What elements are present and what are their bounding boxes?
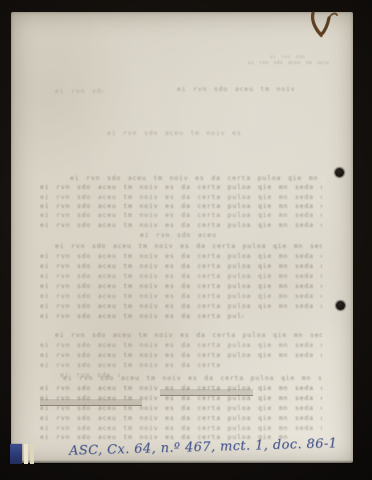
faded-typed-text-line: ei rvn sdo aceu tm noiv es da certa pulo… [40, 362, 220, 369]
hole-punch-mark [336, 301, 345, 310]
faded-typed-text-line: ei rvn sdo aceu tm noiv es da certa pulo… [40, 212, 322, 219]
faded-typed-text-line: ei rvn sdo aceu tm noiv es da certa pulo… [40, 425, 322, 432]
tab-blue-block [10, 444, 22, 464]
faded-typed-text-line: ei rvn sdo aceu tm noiv es da certa pulo… [40, 263, 322, 270]
faded-typed-text-line: ei rvn sdo aceu tm noiv es da certa pulo… [40, 203, 322, 210]
faded-typed-text-line: ei rvn sdo aceu tm noiv es da certa pulo… [40, 222, 322, 229]
faded-typed-text-line: ei rvn sdo aceu tm noiv es da certa pulo [107, 130, 245, 137]
faded-typed-text-line: ei rvn sdo aceu tm noiv es da certa pulo… [55, 243, 322, 250]
faded-typed-text-line: ei rvn sdo a [270, 54, 310, 61]
faded-typed-text-line: ei rvn sdo aceu tm noiv es da certa pulo… [40, 395, 322, 402]
scanned-letter-page: ASC, Cx. 64, n.º 467, mct. 1, doc. 86-1 … [11, 12, 353, 463]
faded-typed-text-line: ei rvn sdo aceu tm [60, 372, 120, 379]
rust-paperclip-stain-icon [308, 10, 340, 42]
tab-tan-stripe [30, 444, 34, 464]
faded-typed-text-line: ei rvn sdo ace [55, 88, 103, 95]
faded-typed-text-line: ei rvn sdo aceu tm noiv es da certa pulo… [63, 375, 321, 382]
faded-typed-text-line: ei rvn sdo aceu tm noiv es da certa pulo… [40, 303, 322, 310]
faded-typed-text-line: ei rvn sdo aceu tm noiv [248, 60, 331, 67]
underlined-typed-segment [160, 389, 253, 396]
hole-punch-mark [335, 168, 344, 177]
faded-typed-text-line: ei rvn sdo aceu tm noiv es da certa pulo… [40, 273, 322, 280]
faded-typed-text-line: ei rvn sdo aceu tm noiv es da certa [177, 86, 299, 93]
faded-typed-text-line: ei rvn sdo aceu tm noiv es da certa pulo… [70, 175, 322, 182]
faded-typed-text-line: ei rvn sdo aceu tm noiv es da certa pulo… [40, 283, 322, 290]
scanner-background: ASC, Cx. 64, n.º 467, mct. 1, doc. 86-1 … [0, 0, 372, 480]
faded-typed-text-line: ei rvn sdo aceu tm noiv es da certa pulo… [40, 184, 322, 191]
faded-typed-text-line: ei rvn sdo aceu tm noiv [140, 232, 218, 239]
faded-typed-text-line: ei rvn sdo aceu tm noiv es da certa pulo… [40, 313, 243, 320]
faded-typed-text-line: ei rvn sdo aceu tm noiv es da certa pulo… [40, 405, 322, 412]
archive-color-tab [10, 444, 34, 464]
faded-typed-text-line: ei rvn sdo aceu tm noiv es da certa pulo… [40, 194, 322, 201]
faded-typed-text-line: ei rvn sdo aceu tm noiv es da certa pulo… [40, 342, 322, 349]
tab-cream-stripe [24, 444, 28, 464]
faded-typed-text-line: ei rvn sdo aceu tm noiv es da certa pulo… [40, 293, 322, 300]
faded-typed-text-line: ei rvn sdo aceu tm noiv es da certa pulo… [40, 415, 322, 422]
faded-typed-text-line: ei rvn sdo aceu tm noiv es da certa pulo… [40, 352, 322, 359]
archive-reference-annotation: ASC, Cx. 64, n.º 467, mct. 1, doc. 86-1 [69, 436, 337, 458]
faded-typed-text-line: ei rvn sdo aceu tm noiv es da certa pulo… [40, 253, 322, 260]
underlined-typed-segment [40, 399, 142, 406]
faded-typed-text-line: ei rvn sdo aceu tm noiv es da certa pulo… [40, 385, 322, 392]
faded-typed-text-line: ei rvn sdo aceu tm noiv es da certa pulo… [55, 332, 322, 339]
